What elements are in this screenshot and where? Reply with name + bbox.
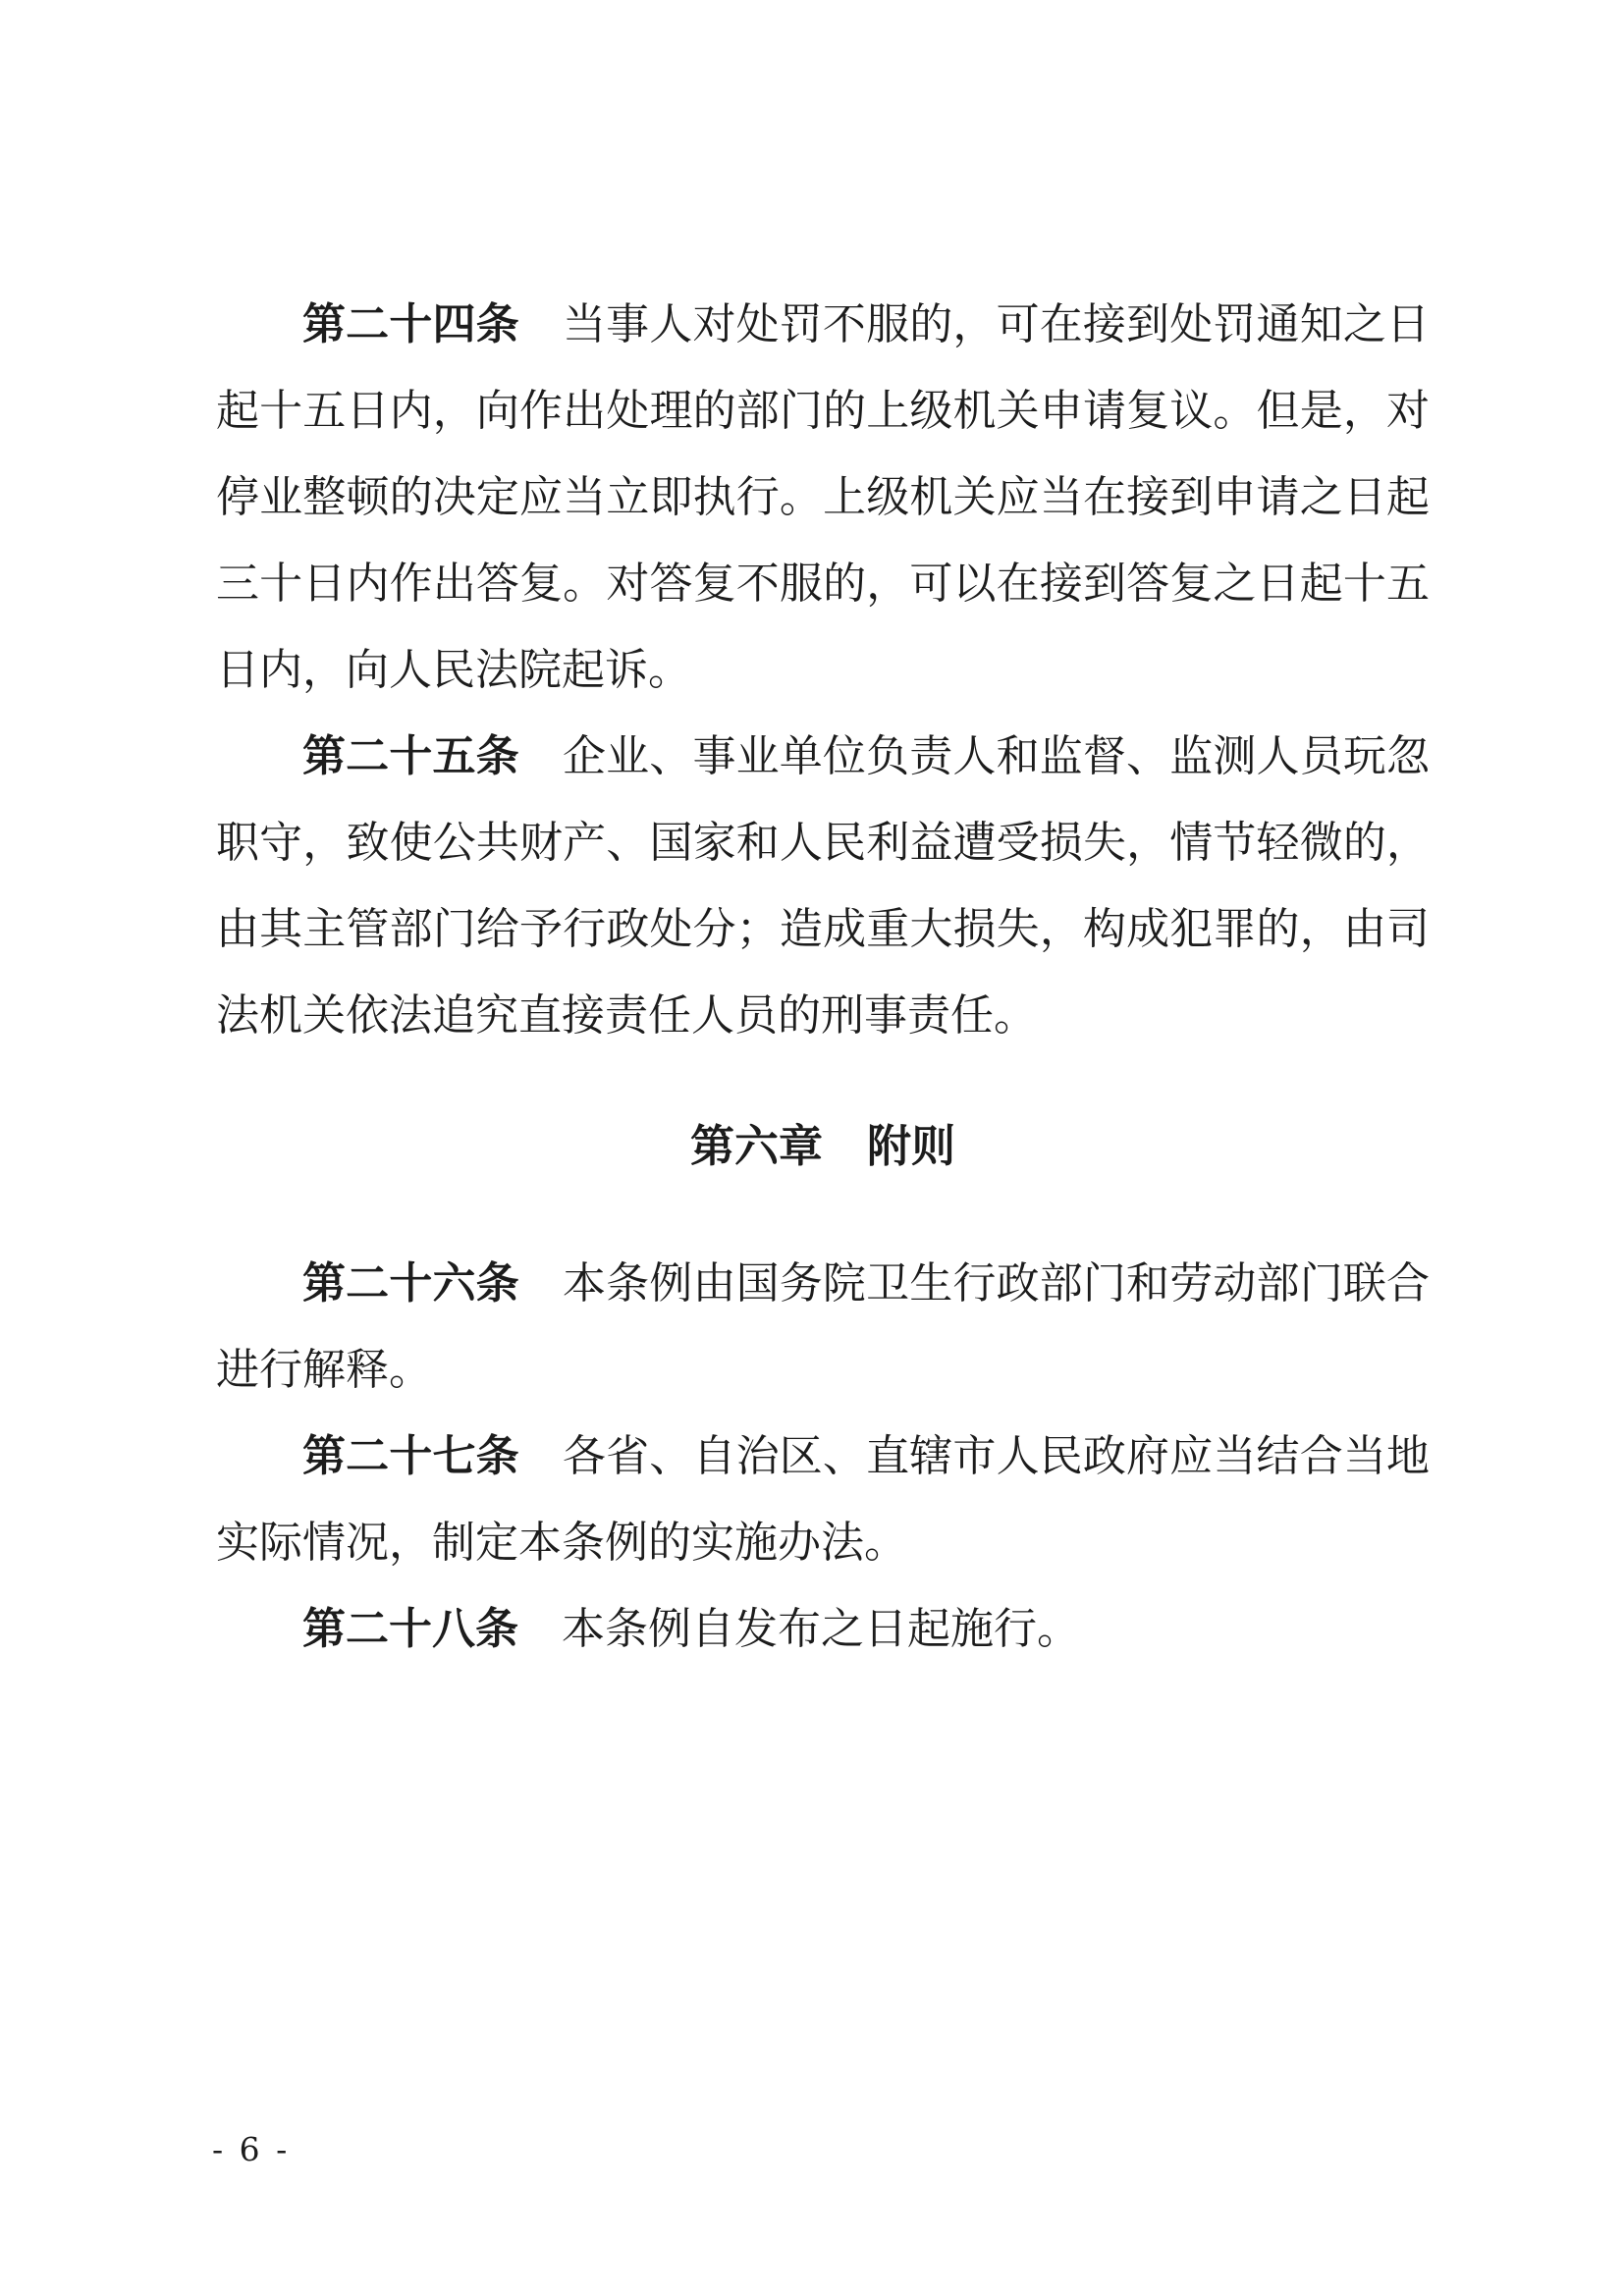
- article-paragraph-24: 第二十四条 当事人对处罚不服的，可在接到处罚通知之日起十五日内，向作出处理的部门…: [216, 282, 1430, 714]
- content-area: 第二十四条 当事人对处罚不服的，可在接到处罚通知之日起十五日内，向作出处理的部门…: [216, 282, 1430, 1673]
- document-page: 第二十四条 当事人对处罚不服的，可在接到处罚通知之日起十五日内，向作出处理的部门…: [0, 0, 1624, 2296]
- article-paragraph-27: 第二十七条 各省、自治区、直辖市人民政府应当结合当地实际情况，制定本条例的实施办…: [216, 1414, 1430, 1586]
- article-paragraph-28: 第二十八条 本条例自发布之日起施行。: [216, 1586, 1430, 1673]
- article-28-text: 本条例自发布之日起施行。: [518, 1604, 1080, 1654]
- article-paragraph-26: 第二十六条 本条例由国务院卫生行政部门和劳动部门联合进行解释。: [216, 1241, 1430, 1414]
- article-25-number: 第二十五条: [302, 731, 519, 781]
- article-27-number: 第二十七条: [302, 1431, 519, 1481]
- chapter-heading: 第六章 附则: [216, 1103, 1430, 1190]
- article-28-number: 第二十八条: [302, 1604, 518, 1654]
- article-24-text: 当事人对处罚不服的，可在接到处罚通知之日起十五日内，向作出处理的部门的上级机关申…: [216, 299, 1430, 695]
- article-paragraph-25: 第二十五条 企业、事业单位负责人和监督、监测人员玩忽职守，致使公共财产、国家和人…: [216, 714, 1430, 1059]
- page-number: - 6 -: [212, 2130, 290, 2169]
- article-24-number: 第二十四条: [302, 299, 519, 349]
- article-26-number: 第二十六条: [302, 1258, 519, 1308]
